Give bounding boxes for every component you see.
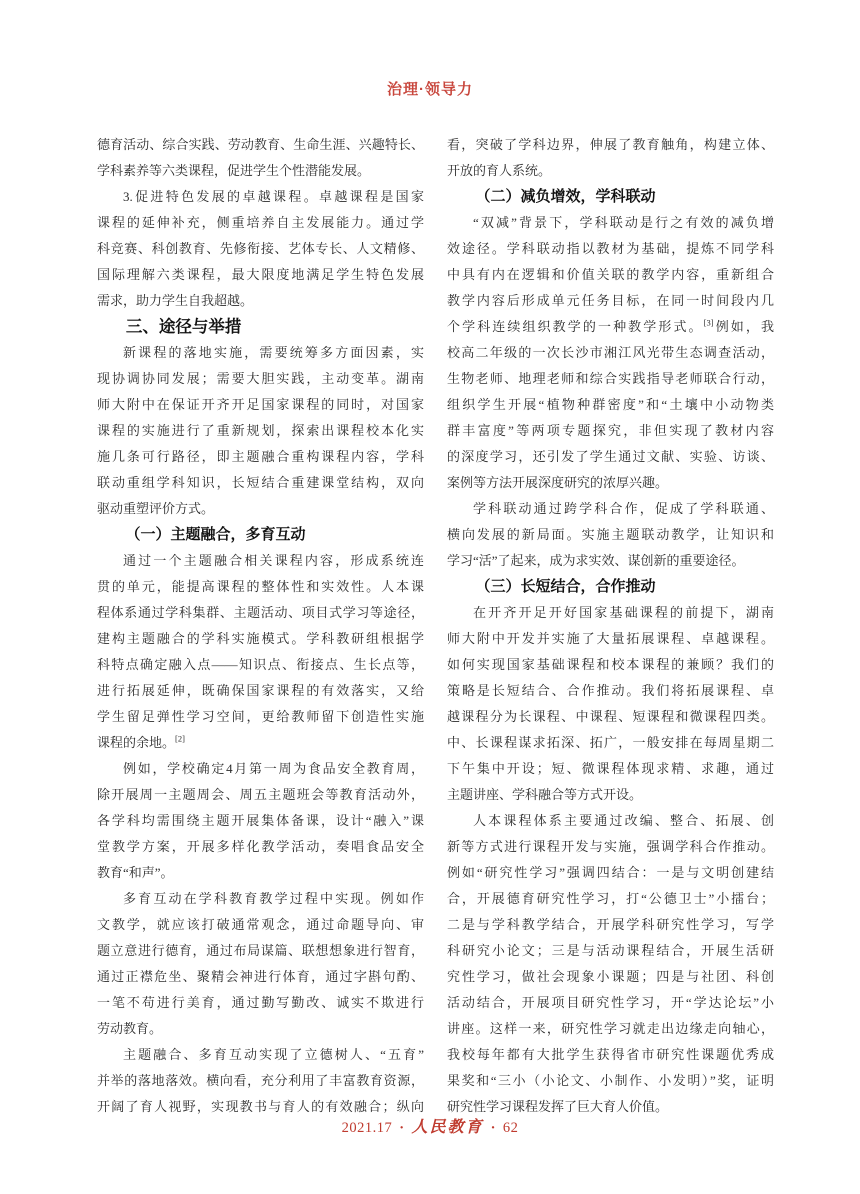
paragraph: “双减”背景下，学科联动是行之有效的减负增效途径。学科联动指以教材为基础，提炼不…	[447, 210, 774, 496]
text-line: 横向发展的新局面。实施主题联动教学，让知识和	[447, 522, 774, 548]
text-line: 策略是长短结合、合作推动。我们将拓展课程、卓	[447, 678, 774, 704]
text-line: 需求，助力学生自我超越。	[97, 288, 424, 314]
paragraph: 新课程的落地实施，需要统筹多方面因素，实现协调协同发展；需要大胆实践，主动变革。…	[97, 340, 424, 522]
text-line: 除开展周一主题周会、周五主题班会等教育活动外，	[97, 782, 424, 808]
paragraph: 主题融合、多育互动实现了立德树人、“五育”并举的落地落效。横向看，充分利用了丰富…	[97, 1042, 424, 1120]
text-column-right: 看，突破了学科边界，伸展了教育触角，构建立体、开放的育人系统。（二）减负增效，学…	[447, 132, 774, 1120]
text-line: 的深度学习，还引发了学生通过文献、实验、访谈、	[447, 444, 774, 470]
paragraph: 在开齐开足开好国家基础课程的前提下，湖南师大附中开发并实施了大量拓展课程、卓越课…	[447, 600, 774, 808]
text-line: 教育“和声”。	[97, 860, 424, 886]
footnote-marker: [3]	[704, 318, 714, 328]
text-line: 驱动重塑评价方式。	[97, 496, 424, 522]
section-heading: （二）减负增效，学科联动	[447, 184, 774, 210]
text-line: 合，开展德育研究性学习，打“公德卫士”小擂台；	[447, 886, 774, 912]
text-line: 越课程分为长课程、中课程、短课程和微课程四类。	[447, 704, 774, 730]
paragraph: 人本课程体系主要通过改编、整合、拓展、创新等方式进行课程开发与实施，强调学科合作…	[447, 808, 774, 1120]
text-line: 3.促进特色发展的卓越课程。卓越课程是国家	[97, 184, 424, 210]
section-heading: 三、途径与举措	[97, 314, 424, 340]
text-line: 例如，学校确定4月第一周为食品安全教育周，	[97, 756, 424, 782]
text-line: 通过正襟危坐、聚精会神进行体育，通过字斟句酌、	[97, 964, 424, 990]
text-line: 科特点确定融入点——知识点、衔接点、生长点等，	[97, 652, 424, 678]
text-line: 三、途径与举措	[97, 314, 424, 340]
text-line: 例如“研究性学习”强调四结合：一是与文明创建结	[447, 860, 774, 886]
text-line: 中具有内在逻辑和价值关联的教学内容，重新组合	[447, 262, 774, 288]
paragraph: 通过一个主题融合相关课程内容，形成系统连贯的单元，能提高课程的整体性和实效性。人…	[97, 548, 424, 756]
text-line: 建构主题融合的学科实施模式。学科教研组根据学	[97, 626, 424, 652]
text-line: 学科素养等六类课程，促进学生个性潜能发展。	[97, 158, 424, 184]
paragraph: 3.促进特色发展的卓越课程。卓越课程是国家课程的延伸补充，侧重培养自主发展能力。…	[97, 184, 424, 314]
text-line: 学科联动通过跨学科合作，促成了学科联通、	[447, 496, 774, 522]
text-line: 下午集中开设；短、微课程体现求精、求趣，通过	[447, 756, 774, 782]
text-line: “双减”背景下，学科联动是行之有效的减负增	[447, 210, 774, 236]
paragraph: 看，突破了学科边界，伸展了教育触角，构建立体、开放的育人系统。	[447, 132, 774, 184]
text-line: 联动重组学科知识，长短结合重建课堂结构，双向	[97, 470, 424, 496]
text-line: 科研究小论文；三是与活动课程结合，开展生活研	[447, 938, 774, 964]
text-line: 看，突破了学科边界，伸展了教育触角，构建立体、	[447, 132, 774, 158]
text-line: （一）主题融合，多育互动	[97, 522, 424, 548]
text-line: 多育互动在学科教育教学过程中实现。例如作	[97, 886, 424, 912]
text-line: 科竞赛、科创教育、先修衔接、艺体专长、人文精修、	[97, 236, 424, 262]
paragraph: 多育互动在学科教育教学过程中实现。例如作文教学，就应该打破通常观念，通过命题导向…	[97, 886, 424, 1042]
text-line: 进行拓展延伸，既确保国家课程的有效落实，又给	[97, 678, 424, 704]
text-line: 开放的育人系统。	[447, 158, 774, 184]
footer-issue: 2021.17	[342, 1120, 393, 1136]
text-line: 课程的延伸补充，侧重培养自主发展能力。通过学	[97, 210, 424, 236]
text-line: 劳动教育。	[97, 1016, 424, 1042]
text-line: 程体系通过学科集群、主题活动、项目式学习等途径，	[97, 600, 424, 626]
text-line: 德育活动、综合实践、劳动教育、生命生涯、兴趣特长、	[97, 132, 424, 158]
text-line: 师大附中在保证开齐开足国家课程的同时，对国家	[97, 392, 424, 418]
text-line: （二）减负增效，学科联动	[447, 184, 774, 210]
text-line: 新等方式进行课程开发与实施，强调学科合作推动。	[447, 834, 774, 860]
text-line: 教学内容后形成单元任务目标，在同一时间段内几	[447, 288, 774, 314]
text-line: 如何实现国家基础课程和校本课程的兼顾？我们的	[447, 652, 774, 678]
text-line: 师大附中开发并实施了大量拓展课程、卓越课程。	[447, 626, 774, 652]
text-line: 国际理解六类课程，最大限度地满足学生特色发展	[97, 262, 424, 288]
text-line: 群丰富度”等两项专题探究，非但实现了教材内容	[447, 418, 774, 444]
text-line: （三）长短结合，合作推动	[447, 574, 774, 600]
article-body: 德育活动、综合实践、劳动教育、生命生涯、兴趣特长、学科素养等六类课程，促进学生个…	[97, 132, 774, 1120]
text-line: 一笔不苟进行美育，通过勤写勤改、诚实不欺进行	[97, 990, 424, 1016]
text-line: 究性学习，做社会现象小课题；四是与社团、科创	[447, 964, 774, 990]
section-heading: （三）长短结合，合作推动	[447, 574, 774, 600]
paragraph: 德育活动、综合实践、劳动教育、生命生涯、兴趣特长、学科素养等六类课程，促进学生个…	[97, 132, 424, 184]
text-line: 案例等方法开展深度研究的浓厚兴趣。	[447, 470, 774, 496]
magazine-page: 治理·领导力 德育活动、综合实践、劳动教育、生命生涯、兴趣特长、学科素养等六类课…	[0, 0, 860, 1194]
text-line: 我校每年都有大批学生获得省市研究性课题优秀成	[447, 1042, 774, 1068]
text-line: 果奖和“三小（小论文、小制作、小发明）”奖，证明	[447, 1068, 774, 1094]
text-line: 组织学生开展“植物种群密度”和“土壤中小动物类	[447, 392, 774, 418]
text-line: 通过一个主题融合相关课程内容，形成系统连	[97, 548, 424, 574]
text-line: 各学科均需围绕主题开展集体备课，设计“融入”课	[97, 808, 424, 834]
section-label: 治理·领导力	[387, 81, 473, 98]
text-line: 中、长课程谋求拓深、拓广，一般安排在每周星期二	[447, 730, 774, 756]
text-line: 二是与学科教学结合，开展学科研究性学习，写学	[447, 912, 774, 938]
text-line: 课程的实施进行了重新规划，探索出课程校本化实	[97, 418, 424, 444]
text-line: 新课程的落地实施，需要统筹多方面因素，实	[97, 340, 424, 366]
text-line: 讲座。这样一来，研究性学习就走出边缘走向轴心，	[447, 1016, 774, 1042]
text-line: 学生留足弹性学习空间，更给教师留下创造性实施	[97, 704, 424, 730]
text-line: 主题讲座、学科融合等方式开设。	[447, 782, 774, 808]
text-line: 现协调协同发展；需要大胆实践，主动变革。湖南	[97, 366, 424, 392]
text-column-left: 德育活动、综合实践、劳动教育、生命生涯、兴趣特长、学科素养等六类课程，促进学生个…	[97, 132, 424, 1120]
text-line: 活动结合，开展项目研究性学习，开“学达论坛”小	[447, 990, 774, 1016]
paragraph: 例如，学校确定4月第一周为食品安全教育周，除开展周一主题周会、周五主题班会等教育…	[97, 756, 424, 886]
text-line: 校高二年级的一次长沙市湘江风光带生态调查活动，	[447, 340, 774, 366]
paragraph: 学科联动通过跨学科合作，促成了学科联通、横向发展的新局面。实施主题联动教学，让知…	[447, 496, 774, 574]
text-line: 题立意进行德育，通过布局谋篇、联想想象进行智育，	[97, 938, 424, 964]
text-line: 施几条可行路径，即主题融合重构课程内容，学科	[97, 444, 424, 470]
text-line: 效途径。学科联动指以教材为基础，提炼不同学科	[447, 236, 774, 262]
page-header: 治理·领导力	[0, 78, 860, 99]
footer-separator: ·	[491, 1120, 496, 1136]
text-line: 文教学，就应该打破通常观念，通过命题导向、审	[97, 912, 424, 938]
text-line: 课程的余地。[2]	[97, 730, 424, 756]
text-line: 在开齐开足开好国家基础课程的前提下，湖南	[447, 600, 774, 626]
text-line: 人本课程体系主要通过改编、整合、拓展、创	[447, 808, 774, 834]
text-line: 贯的单元，能提高课程的整体性和实效性。人本课	[97, 574, 424, 600]
page-footer: 2021.17·人民教育·62	[0, 1114, 860, 1137]
footer-separator: ·	[399, 1120, 404, 1136]
text-line: 主题融合、多育互动实现了立德树人、“五育”	[97, 1042, 424, 1068]
text-line: 生物老师、地理老师和综合实践指导老师联合行动，	[447, 366, 774, 392]
text-line: 学习“活”了起来，成为求实效、谋创新的重要途径。	[447, 548, 774, 574]
footer-journal-name: 人民教育	[412, 1119, 484, 1136]
text-line: 并举的落地落效。横向看，充分利用了丰富教育资源，	[97, 1068, 424, 1094]
footer-page-number: 62	[503, 1120, 519, 1136]
text-line: 个学科连续组织教学的一种教学形式。[3]例如，我	[447, 314, 774, 340]
text-line: 堂教学方案，开展多样化教学活动，奏唱食品安全	[97, 834, 424, 860]
section-heading: （一）主题融合，多育互动	[97, 522, 424, 548]
footnote-marker: [2]	[175, 734, 185, 744]
